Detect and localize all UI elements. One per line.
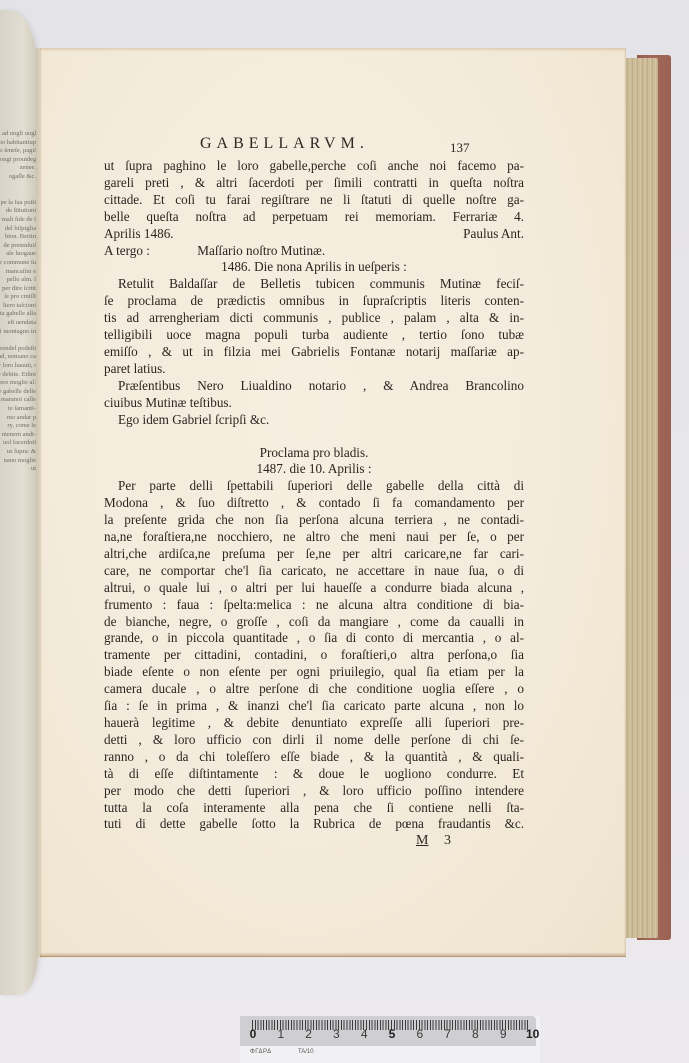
left-page-fragment: is ad uogli uogl [0,130,36,139]
left-page-fragment: pe la ſua poſti [0,199,36,208]
page-stack-edge [624,58,658,938]
left-page-fragment [0,336,36,345]
text-line: frumento : faua : ſpelta:melica : ne alc… [104,597,524,614]
text-line: altri,che ardiſca,ne preſuma per ſe,ne p… [104,546,524,563]
left-page-fragment: liero taſcioni [0,302,36,311]
ruler-numbers: 0 1 2 3 4 5 6 7 8 9 10 [248,1027,536,1041]
text-line: ranno , o da chi toleſſero eſſe biade , … [104,749,524,766]
text-line: emiſſo , & ut in filzia mei Gabrielis Fo… [104,344,524,361]
left-page-fragment: de pretenſuiſ [0,242,36,251]
text-line: la preſente grida che non ſia perſona al… [104,512,524,529]
text-block: ut ſupra paghino le loro gabelle,perche … [104,158,524,833]
text-line: care, ne comportar che'l ſia caricato, n… [104,563,524,580]
left-page-fragment: e gabelle delle [0,388,36,397]
date-line: Aprilis 1486. Paulus Ant. [104,226,524,243]
atergo-address: Maſſario noſtro Mutinæ. [197,243,325,258]
ruler-number: 3 [331,1027,341,1041]
text-line: altrui, o quale lui , o altri per lui ha… [104,580,524,597]
text-line: camera ducale , o altre perſone di che c… [104,681,524,698]
recto-page: GABELLARVM. 137 ut ſupra paghino le loro… [40,48,626,957]
signature-letter: M [416,833,428,848]
text-line: Præſentibus Nero Liualdino notario , & A… [104,378,524,395]
letter-date: Aprilis 1486. [104,226,174,243]
signature-number: 3 [444,833,451,848]
left-page-fragment: ſi montagno in [0,328,36,337]
text-line: belle queſta noſtra ad perpetuam rei mem… [104,209,524,226]
text-line: ciuibus Mutinæ teſtibus. [104,395,524,412]
left-page-fragment: nano moglie [0,457,36,466]
left-page-fragment: del biſpiglia [0,225,36,234]
left-page-fragment: rendel podeſti [0,345,36,354]
ruler-brand-logo: ΦΓΔΡΔ [250,1049,272,1055]
left-page-fragment: ſo ſeneſe, pagiſ [0,147,36,156]
left-page-fragment: bton. Bertin [0,233,36,242]
atergo-line: A tergo : Maſſario noſtro Mutinæ. [104,243,524,260]
text-line: ſia : ſe in prima , & inanzi che'l ſia c… [104,698,524,715]
text-line: paret latius. [104,361,524,378]
left-page-fragment: e commune ſu [0,259,36,268]
left-page-fragment: mo andar p [0,414,36,423]
text-line: Ego idem Gabriel ſcripſi &c. [104,412,524,429]
left-page-fragment: Longi prouidegi [0,156,36,165]
left-page-fragment: ntenem andi- [0,431,36,440]
left-page-fragment: te ſamanti- [0,405,36,414]
text-line: gareli preti , & altri ſacerdoti per ſim… [104,175,524,192]
atergo-label: A tergo : [104,243,194,260]
left-page-fragment: zenee. [0,164,36,173]
document-scan: is ad uogli uoglho habitantiupſo ſeneſe,… [0,0,689,1063]
left-page-fragment: pello alm. ſ [0,276,36,285]
left-page-fragment: ta gabelle alla [0,310,36,319]
ruler-number: 2 [304,1027,314,1041]
text-line: tis ad arrengheriam dicti communis , pub… [104,310,524,327]
text-line: grande, o in piccola quantitade , o ſia … [104,630,524,647]
ruler-model: TA/10 [298,1049,314,1055]
ruler-number: 9 [498,1027,508,1041]
section-title: Proclama pro bladis. [104,445,524,462]
letter-signatory: Paulus Ant. [463,226,524,243]
left-page-fragment: uol facerdoti [0,439,36,448]
left-page-fragment: per dire ſcritt [0,285,36,294]
text-line: biade eſente o non eſente per ogni priui… [104,664,524,681]
section-date: 1487. die 10. Aprilis : [104,461,524,478]
text-line: telligibili uoce magna populi turba audi… [104,327,524,344]
ruler-scale: 0 1 2 3 4 5 6 7 8 9 10 [240,1016,536,1046]
text-line: hauerà legitime , & debite denuntiato ex… [104,715,524,732]
text-line: tramente per cittadini, contadini, o for… [104,647,524,664]
ruler-number: 7 [443,1027,453,1041]
left-page-fragment: maranoi calle [0,396,36,405]
ruler-number: 1 [276,1027,286,1041]
dated-heading: 1486. Die nona Aprilis in ueſperis : [104,259,524,276]
text-line: cittade. Et coſi tu farai regiſtrare ne … [104,192,524,209]
left-page-fragment: le debite. Etſini [0,371,36,380]
left-page-fragment: ere moglie al: [0,379,36,388]
text-line: de bianche, negre, o groſſe , coſi da ma… [104,614,524,631]
ruler-number: 4 [359,1027,369,1041]
text-line: Modona , & ſuo diſtretto , & contado ſi … [104,495,524,512]
ruler-number: 0 [248,1027,258,1041]
text-line: ut ſupra paghino le loro gabelle,perche … [104,158,524,175]
text-line: Retulit Baldaſſar de Belletis tubicen co… [104,276,524,293]
left-page-fragment: ry, come le [0,422,36,431]
left-page-fragment: er loro hauuti, o [0,362,36,371]
scale-ruler: 0 1 2 3 4 5 6 7 8 9 10 ΦΓΔΡΔ TA/10 [240,1016,540,1063]
text-line: tà di eſſe diſtintamente : & doue le uog… [104,766,524,783]
left-page-fragment: mancaſini e [0,268,36,277]
left-page-fragment: ogaſle &c. [0,173,36,182]
ruler-number: 5 [387,1027,397,1041]
left-page-fragment: ho habitantiup [0,139,36,148]
left-page-fragment: eſt uendata [0,319,36,328]
text-line: per modo che detti ſuperiori , & loro uf… [104,783,524,800]
left-page-fragment: us ſupra: & [0,448,36,457]
text-line: Per parte delli ſpettabili ſuperiori del… [104,478,524,495]
left-page-fragment [0,182,36,191]
left-page-fragment: mali ſide de ſ [0,216,36,225]
left-page-fragment: ſe pro cmiſſi [0,293,36,302]
text-line: tutta la coſa interamente alla pena che … [104,800,524,817]
folio-number: 137 [450,140,470,156]
ruler-number: 8 [470,1027,480,1041]
left-page-fragment [0,190,36,199]
left-page-fragment: ale luogaue [0,250,36,259]
left-page-fragment: ad, nomano ca [0,353,36,362]
left-page-fragment: ut [0,465,36,474]
text-line: tuti di dette gabelle ſotto la Rubrica d… [104,816,524,833]
ruler-number: 6 [415,1027,425,1041]
signature-mark: M 3 [416,833,451,849]
text-line: ſe proclama de prædictis omnibus in ſupr… [104,293,524,310]
text-line: na,ne foraſtiera,ne nocchiero, ne altro … [104,529,524,546]
left-page-fragment: de ſtitutioni [0,207,36,216]
left-page-text: is ad uogli uoglho habitantiupſo ſeneſe,… [0,130,36,474]
left-page-edge: is ad uogli uoglho habitantiupſo ſeneſe,… [0,10,38,995]
ruler-number: 10 [526,1027,536,1041]
text-line: detti , & loro ufficio con dirli il nome… [104,732,524,749]
